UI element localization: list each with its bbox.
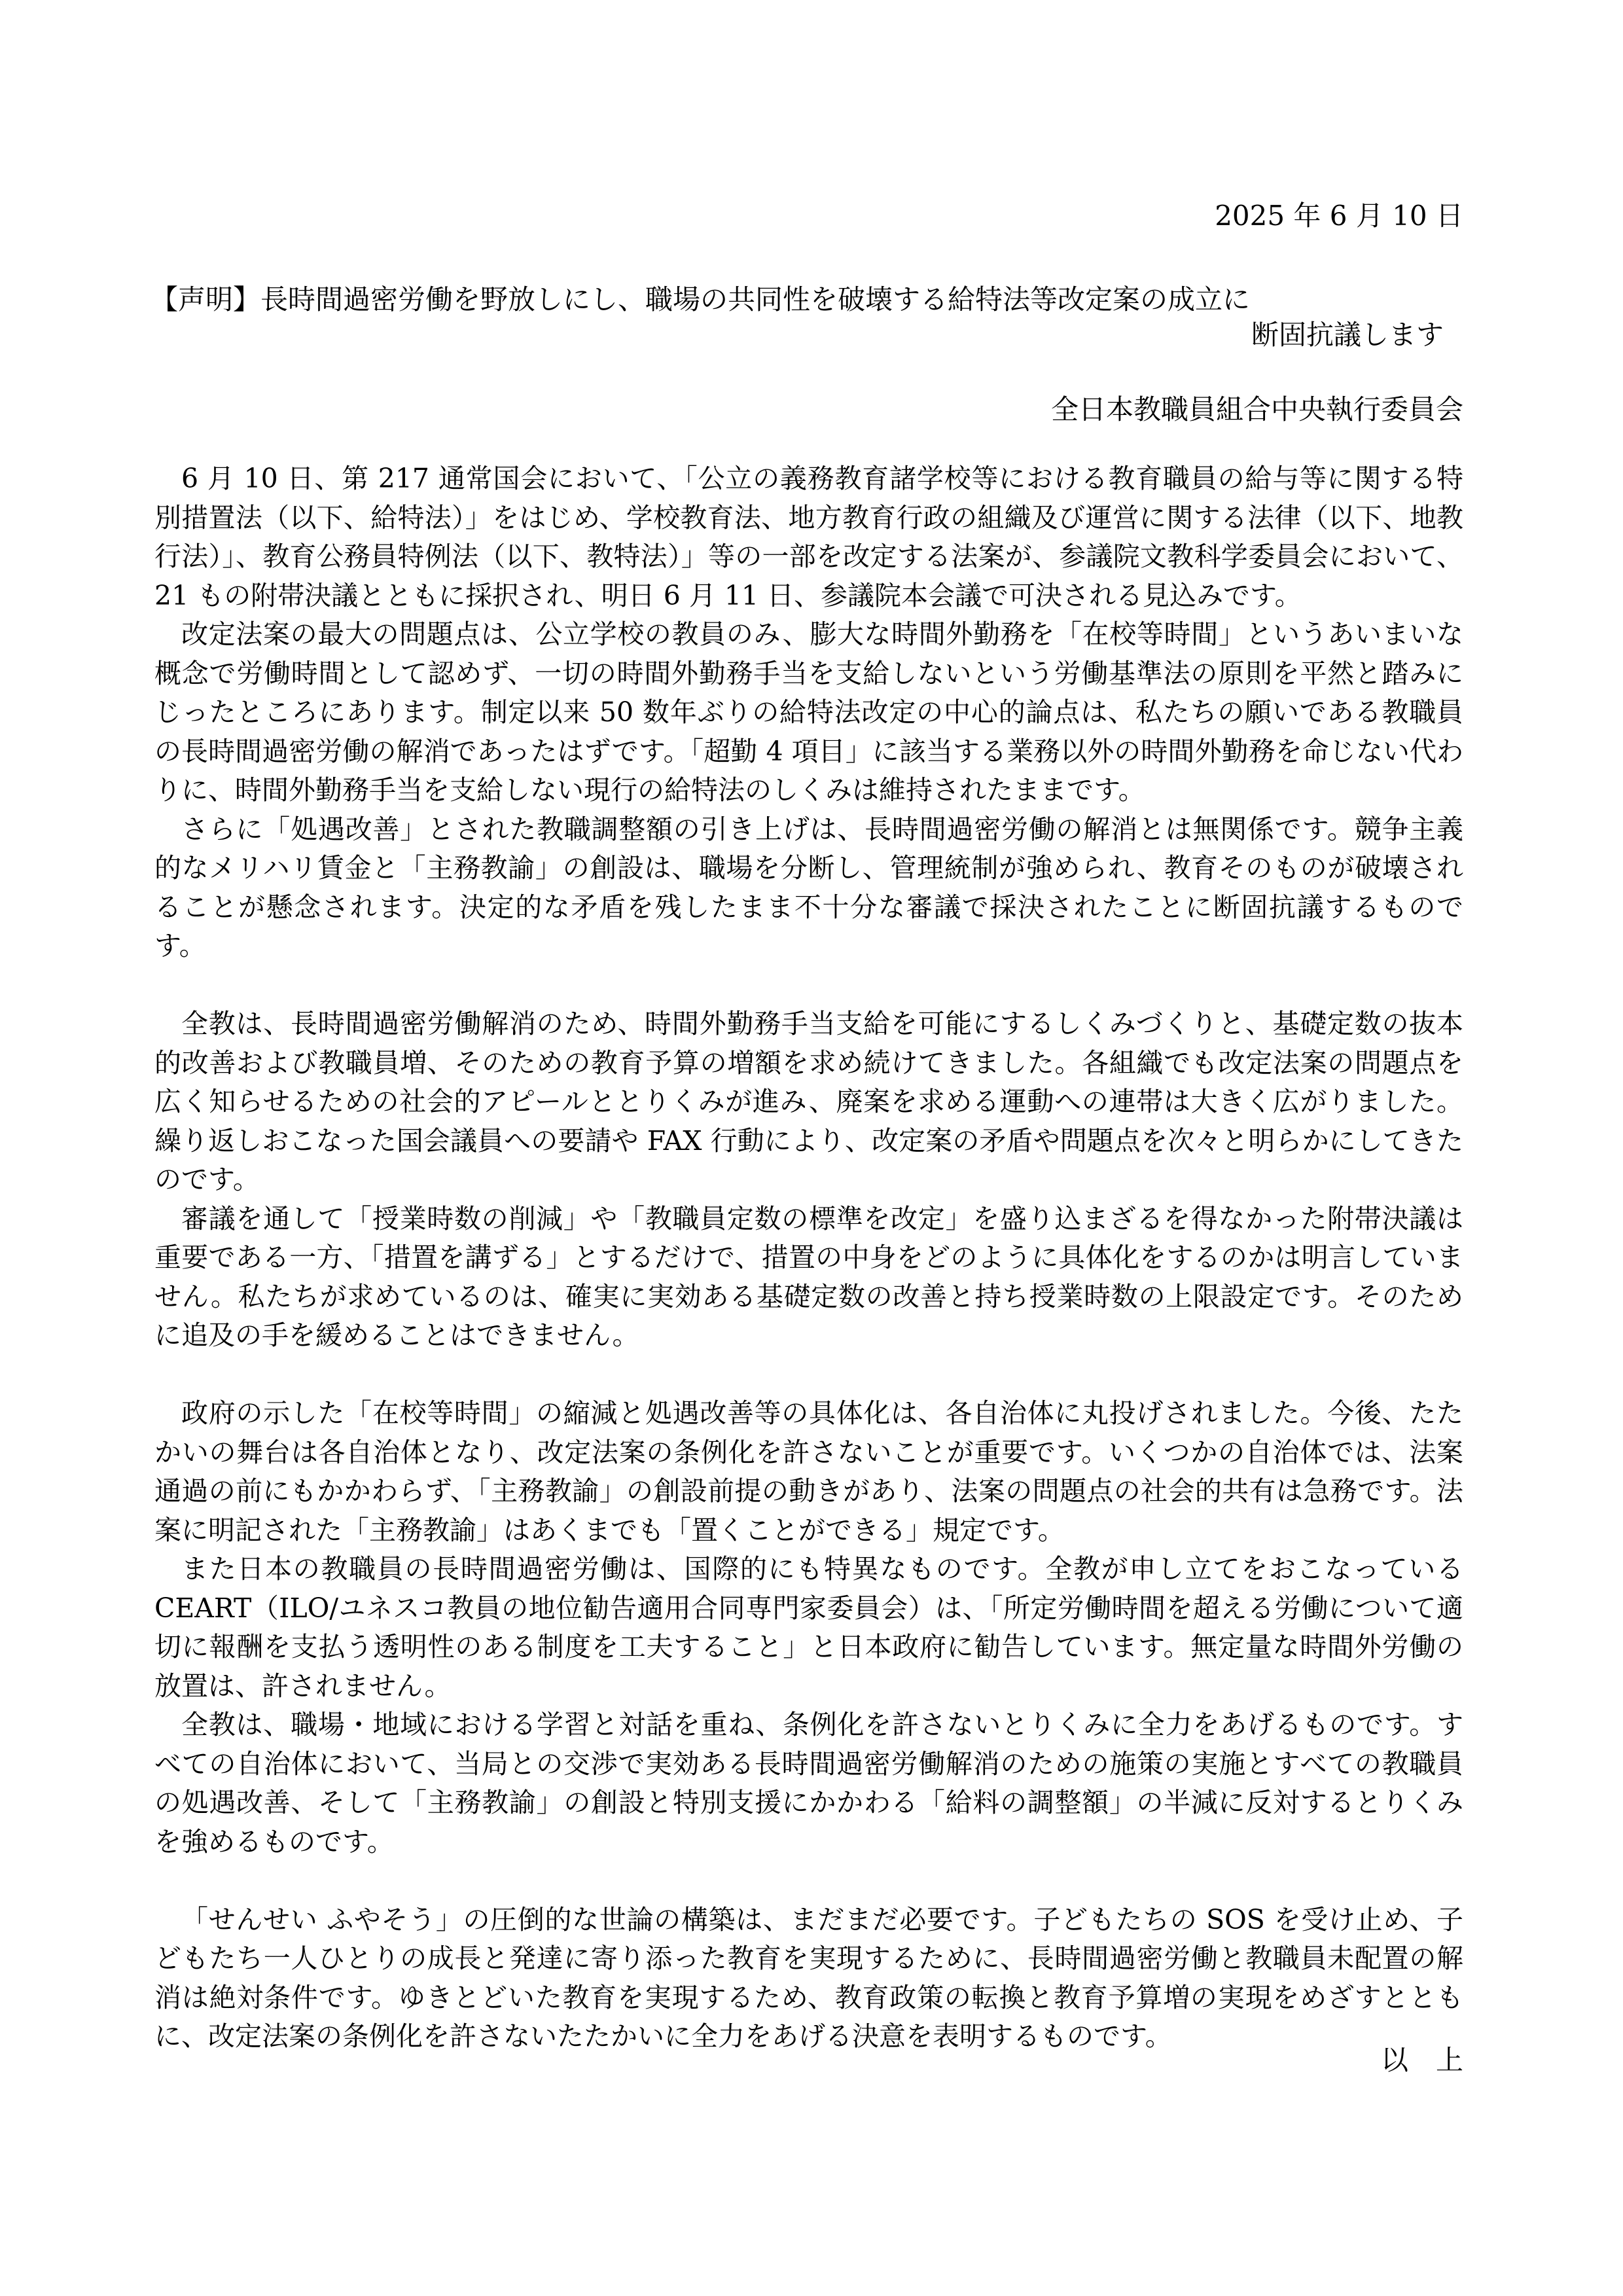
issuing-organization: 全日本教職員組合中央執行委員会 (1051, 390, 1463, 429)
paragraph-8-commitment: 全教は、職場・地域における学習と対話を重ね、条例化を許さないとりくみに全力をあげ… (154, 1706, 1463, 1861)
paragraph-4-zenkyo-efforts: 全教は、長時間過密労働解消のため、時間外勤務手当支給を可能にするしくみづくりと、… (154, 1005, 1463, 1200)
closing-mark: 以 上 (1381, 2041, 1463, 2080)
paragraph-7-ceart: また日本の教職員の長時間過密労働は、国際的にも特異なものです。全教が申し立てをお… (154, 1550, 1463, 1706)
paragraph-9-conclusion: 「せんせい ふやそう」の圧倒的な世論の構築は、まだまだ必要です。子どもたちの S… (154, 1901, 1463, 2056)
paragraph-3-pay-adjustment: さらに「処遇改善」とされた教職調整額の引き上げは、長時間過密労働の解消とは無関係… (154, 810, 1463, 966)
statement-title-line-2: 断固抗議します (1251, 315, 1444, 355)
paragraph-5-supplementary-resolutions: 審議を通して「授業時数の削減」や「教職員定数の標準を改定」を盛り込まざるを得なか… (154, 1200, 1463, 1355)
paragraph-2-main-problem: 改定法案の最大の問題点は、公立学校の教員のみ、膨大な時間外勤務を「在校等時間」と… (154, 615, 1463, 810)
paragraph-gap (154, 1861, 1463, 1901)
statement-title-line-1: 【声明】長時間過密労働を野放しにし、職場の共同性を破壊する給特法等改定案の成立に (151, 280, 1250, 319)
statement-body: 6 月 10 日、第 217 通常国会において、「公立の義務教育諸学校等における… (154, 459, 1463, 2056)
paragraph-gap (154, 966, 1463, 1005)
paragraph-gap (154, 1355, 1463, 1395)
document-date: 2025 年 6 月 10 日 (1215, 196, 1463, 236)
paragraph-1-passage-status: 6 月 10 日、第 217 通常国会において、「公立の義務教育諸学校等における… (154, 459, 1463, 615)
paragraph-6-local-governments: 政府の示した「在校等時間」の縮減と処遇改善等の具体化は、各自治体に丸投げされまし… (154, 1394, 1463, 1550)
